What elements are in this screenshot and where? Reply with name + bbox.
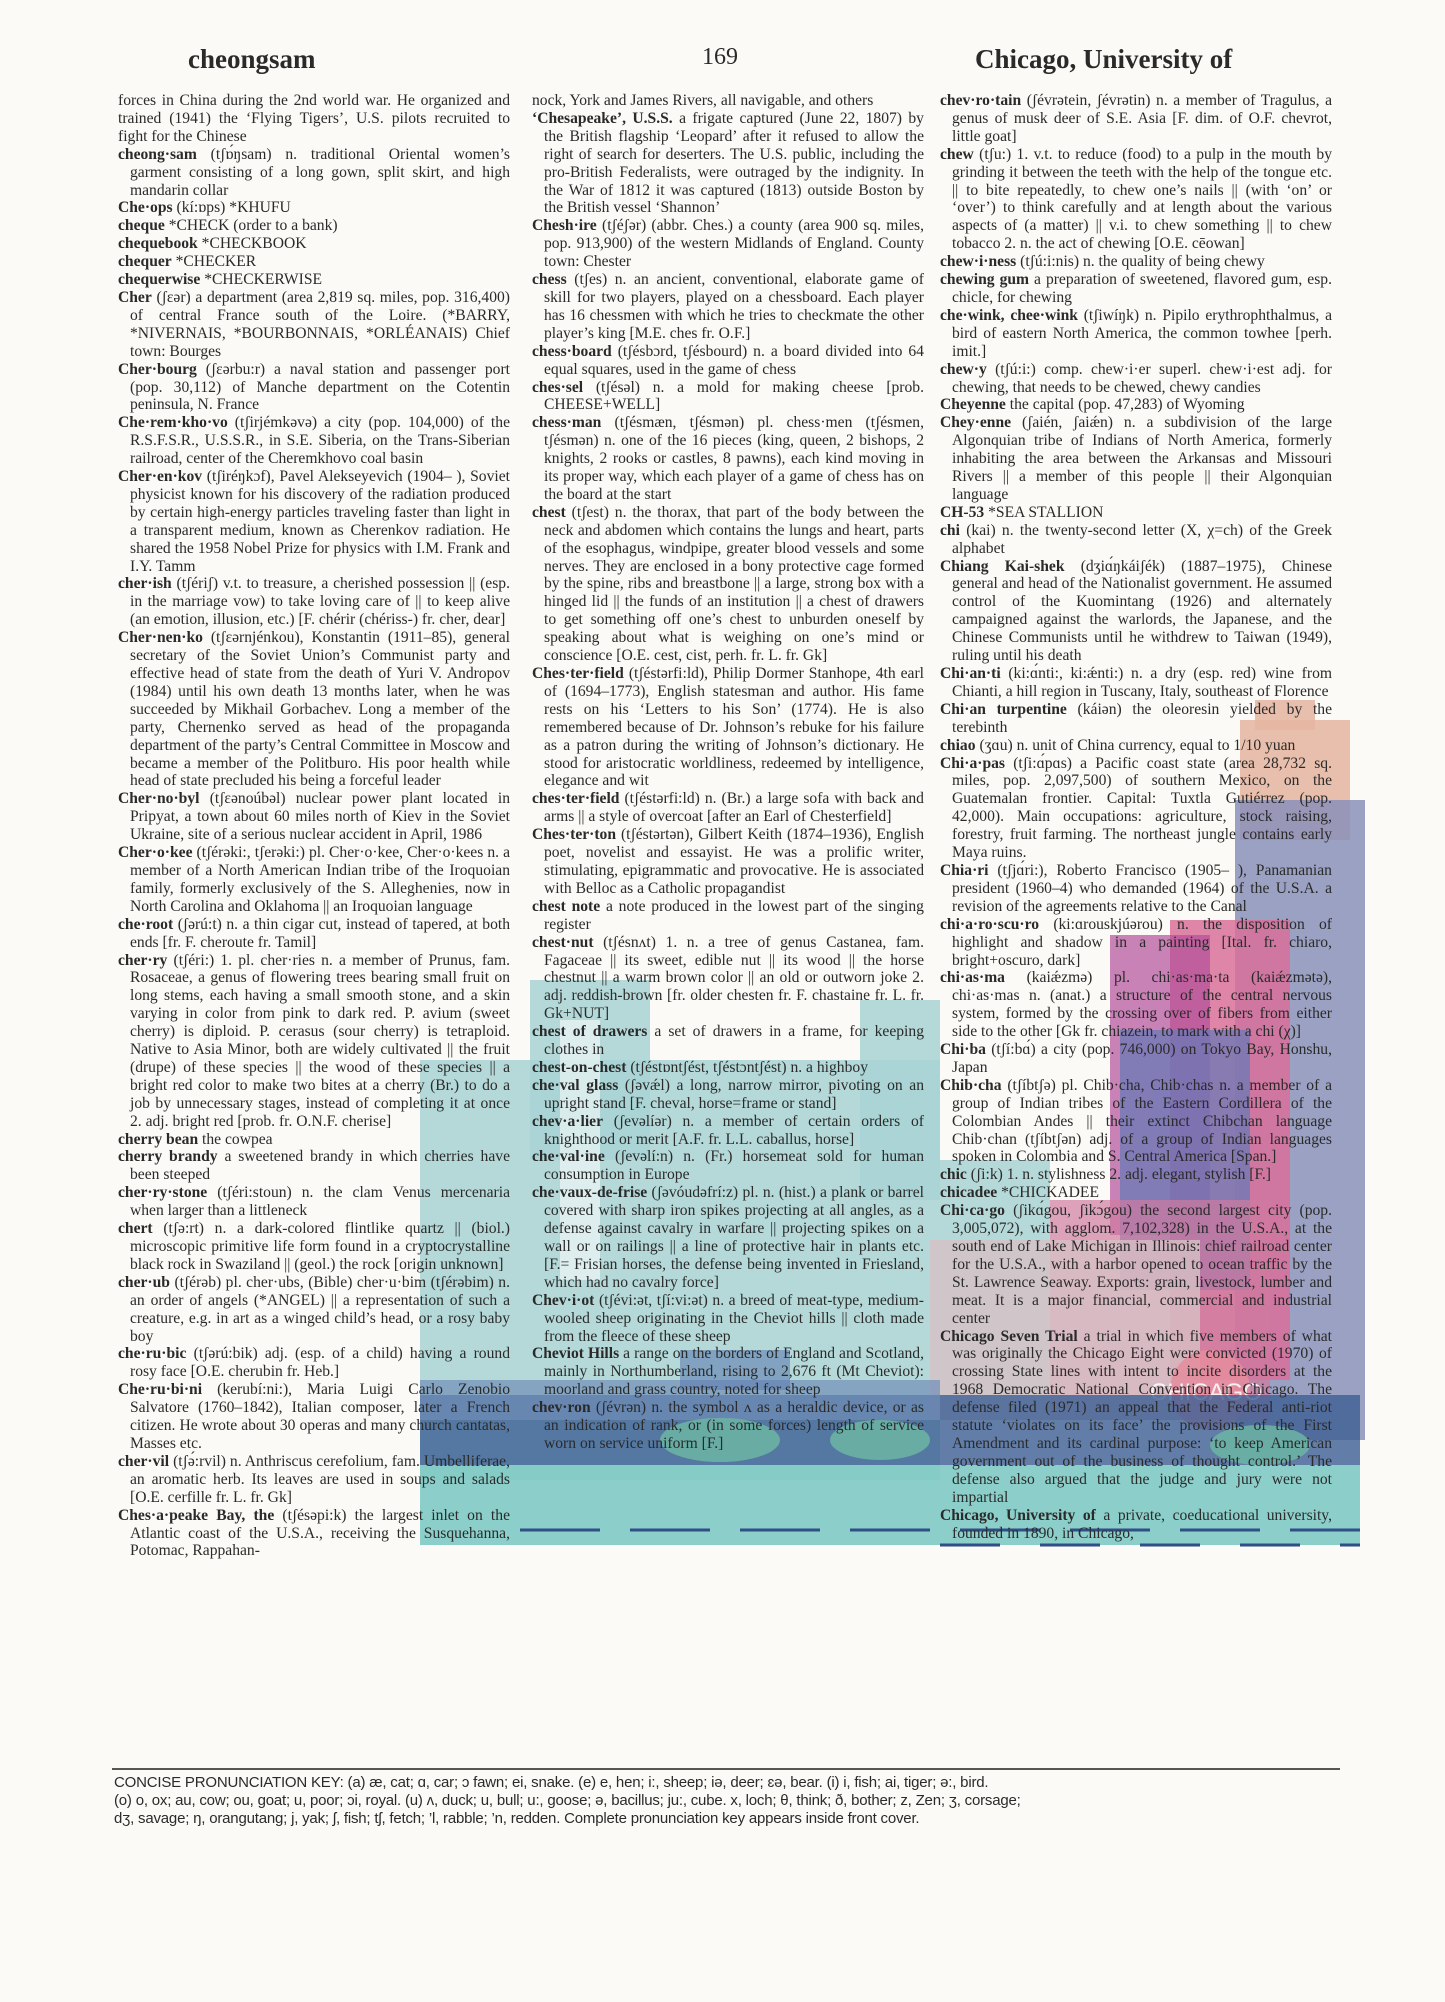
dictionary-page: cheongsam 169 Chicago, University of CHI… — [0, 0, 1445, 2002]
entry-chiba: Chi·ba (tʃí:bɑ́) a city (pop. 746,000) o… — [940, 1041, 1332, 1077]
entry-chicago-university: Chicago, University of a private, coeduc… — [940, 1507, 1332, 1543]
entry-cheval-glass: che·val glass (ʃəvǽl) a long, narrow mir… — [532, 1077, 924, 1113]
entry-chervil: cher·vil (tʃə́:rvil) n. Anthriscus ceref… — [118, 1453, 510, 1507]
entry-ch-53: CH-53 *SEA STALLION — [940, 504, 1332, 522]
entry-chicago: Chi·ca·go (ʃikɑ́gou, ʃikɔ́gou) the secon… — [940, 1202, 1332, 1327]
entry-cherry-bean: cherry bean the cowpea — [118, 1131, 510, 1149]
entry-cheviot-hills: Cheviot Hills a range on the borders of … — [532, 1345, 924, 1399]
entry-chessboard: chess·board (tʃésbɔrd, tʃésbourd) n. a b… — [532, 343, 924, 379]
entry-chiapas: Chi·a·pas (tʃi:ɑ́pɑs) a Pacific coast st… — [940, 755, 1332, 862]
entry-chianti: Chi·an·ti (ki:ɑ́nti:, ki:ǽnti:) n. a dry… — [940, 665, 1332, 701]
entry-chevron: chev·ron (ʃévrən) n. the symbol ʌ as a h… — [532, 1399, 924, 1453]
entry-chibcha: Chib·cha (tʃíbtʃə) pl. Chib·cha, Chib·ch… — [940, 1077, 1332, 1167]
entry-chiasma: chi·as·ma (kaiǽzmə) pl. chi·as·ma·ta (ka… — [940, 969, 1332, 1041]
entry-cheongsam: cheong·sam (tʃɒ́ŋsam) n. traditional Ori… — [118, 146, 510, 200]
entry-chessman: chess·man (tʃésmæn, tʃésmən) pl. chess·m… — [532, 414, 924, 504]
entry-chestnut: chest·nut (tʃésnʌt) 1. n. a tree of genu… — [532, 934, 924, 1024]
entry-chert: chert (tʃə:rt) n. a dark-colored flintli… — [118, 1220, 510, 1274]
column-2: nock, York and James Rivers, all navigab… — [532, 92, 924, 1453]
entry-chewing-gum: chewing gum a preparation of sweetened, … — [940, 271, 1332, 307]
entry-chiaroscuro: chi·a·ro·scu·ro (ki:ɑrouskjúərou) n. the… — [940, 916, 1332, 970]
column-3: chev·ro·tain (ʃévrətein, ʃévrətin) n. a … — [940, 92, 1332, 1542]
entry-chesterfield-person: Ches·ter·field (tʃéstərfi:ld), Philip Do… — [532, 665, 924, 790]
entry-chevalier: chev·a·lier (ʃevəlíər) n. a member of ce… — [532, 1113, 924, 1149]
entry-cheque: cheque *CHECK (order to a bank) — [118, 217, 510, 235]
entry-chew: chew (tʃu:) 1. v.t. to reduce (food) to … — [940, 146, 1332, 253]
entry-chess: chess (tʃes) n. an ancient, conventional… — [532, 271, 924, 343]
entry-chi: chi (kai) n. the twenty-second letter (X… — [940, 522, 1332, 558]
entry-chest-of-drawers: chest of drawers a set of drawers in a f… — [532, 1023, 924, 1059]
entry-cheroot: che·root (ʃərú:t) n. a thin cigar cut, i… — [118, 916, 510, 952]
entry-chevaline: che·val·ine (ʃevəlí:n) n. (Fr.) horsemea… — [532, 1148, 924, 1184]
entry-chequer: chequer *CHECKER — [118, 253, 510, 271]
entry-chesapeake-bay: Ches·a·peake Bay, the (tʃésəpi:k) the la… — [118, 1507, 510, 1561]
entry-chiao: chiao (ʒɑu) n. unit of China currency, e… — [940, 737, 1332, 755]
entry-cherry-brandy: cherry brandy a sweetened brandy in whic… — [118, 1148, 510, 1184]
entry-continuation: forces in China during the 2nd world war… — [118, 92, 510, 146]
entry-chesterton: Ches·ter·ton (tʃéstərtən), Gilbert Keith… — [532, 826, 924, 898]
entry-cheremkhovo: Che·rem·kho·vo (tʃirjémkəvə) a city (pop… — [118, 414, 510, 468]
entry-chevaux-de-frise: che·vaux-de-frise (ʃəvóudəfrí:z) pl. n. … — [532, 1184, 924, 1291]
entry-cheyenne-city: Cheyenne the capital (pop. 47,283) of Wy… — [940, 396, 1332, 414]
entry-cherry: cher·ry (tʃéri:) 1. pl. cher·ries n. a m… — [118, 952, 510, 1131]
entry-chernenko: Cher·nen·ko (tʃɛərnjénkou), Konstantin (… — [118, 629, 510, 790]
entry-cher: Cher (ʃɛər) a department (area 2,819 sq.… — [118, 289, 510, 361]
entry-cherenkov: Cher·en·kov (tʃiréŋkɔf), Pavel Alekseyev… — [118, 468, 510, 575]
entry-chest: chest (tʃest) n. the thorax, that part o… — [532, 504, 924, 665]
entry-cheviot: Chev·i·ot (tʃévi:ət, tʃí:vi:ət) n. a bre… — [532, 1292, 924, 1346]
entry-cherrystone: cher·ry·stone (tʃéri:stoun) n. the clam … — [118, 1184, 510, 1220]
entry-chesapeake-uss: ‘Chesapeake’, U.S.S. a frigate captured … — [532, 110, 924, 217]
entry-chicadee: chicadee *CHICKADEE — [940, 1184, 1332, 1202]
entry-chevrotain: chev·ro·tain (ʃévrətein, ʃévrətin) n. a … — [940, 92, 1332, 146]
entry-cherubic: che·ru·bic (tʃərú:bik) adj. (esp. of a c… — [118, 1345, 510, 1381]
entry-chernobyl: Cher·no·byl (tʃɛənoúbəl) nuclear power p… — [118, 790, 510, 844]
entry-chequerwise: chequerwise *CHECKERWISE — [118, 271, 510, 289]
entry-cheops: Che·ops (kí:ɒps) *KHUFU — [118, 199, 510, 217]
entry-chessel: ches·sel (tʃésəl) n. a mold for making c… — [532, 379, 924, 415]
entry-chiari: Chia·ri (tʃjɑ́ri:), Roberto Francisco (1… — [940, 862, 1332, 916]
entry-chest-note: chest note a note produced in the lowest… — [532, 898, 924, 934]
entry-chequebook: chequebook *CHECKBOOK — [118, 235, 510, 253]
entry-cherub: cher·ub (tʃérəb) pl. cher·ubs, (Bible) c… — [118, 1274, 510, 1346]
entry-cherbourg: Cher·bourg (ʃɛərbu:r) a naval station an… — [118, 361, 510, 415]
entry-chian-turpentine: Chi·an turpentine (káiən) the oleoresin … — [940, 701, 1332, 737]
entry-cherish: cher·ish (tʃériʃ) v.t. to treasure, a ch… — [118, 575, 510, 629]
column-1: forces in China during the 2nd world war… — [118, 92, 510, 1560]
entry-chewiness: chew·i·ness (tʃú:i:nis) n. the quality o… — [940, 253, 1332, 271]
entry-chest-on-chest: chest-on-chest (tʃéstɒntʃést, tʃéstɔntʃé… — [532, 1059, 924, 1077]
entry-cheshire: Chesh·ire (tʃéʃər) (abbr. Ches.) a count… — [532, 217, 924, 271]
entry-chewy: chew·y (tʃú:i:) comp. chew·i·er superl. … — [940, 361, 1332, 397]
entry-chesterfield-sofa: ches·ter·field (tʃéstərfi:ld) n. (Br.) a… — [532, 790, 924, 826]
entry-cherokee: Cher·o·kee (tʃérəki:, tʃerəki:) pl. Cher… — [118, 844, 510, 916]
entry-cherubini: Che·ru·bi·ni (kerubí:ni:), Maria Luigi C… — [118, 1381, 510, 1453]
entry-cheyenne-tribe: Chey·enne (ʃaién, ʃaiǽn) n. a subdivisio… — [940, 414, 1332, 504]
entry-chic: chic (ʃi:k) 1. n. stylishness 2. adj. el… — [940, 1166, 1332, 1184]
entry-chicago-seven-trial: Chicago Seven Trial a trial in which fiv… — [940, 1328, 1332, 1507]
entry-chiang-kai-shek: Chiang Kai-shek (dʒiɑ́ŋkáiʃék) (1887–197… — [940, 558, 1332, 665]
entry-chewink: che·wink, chee·wink (tʃiwíŋk) n. Pipilo … — [940, 307, 1332, 361]
entry-continuation: nock, York and James Rivers, all navigab… — [532, 92, 924, 110]
